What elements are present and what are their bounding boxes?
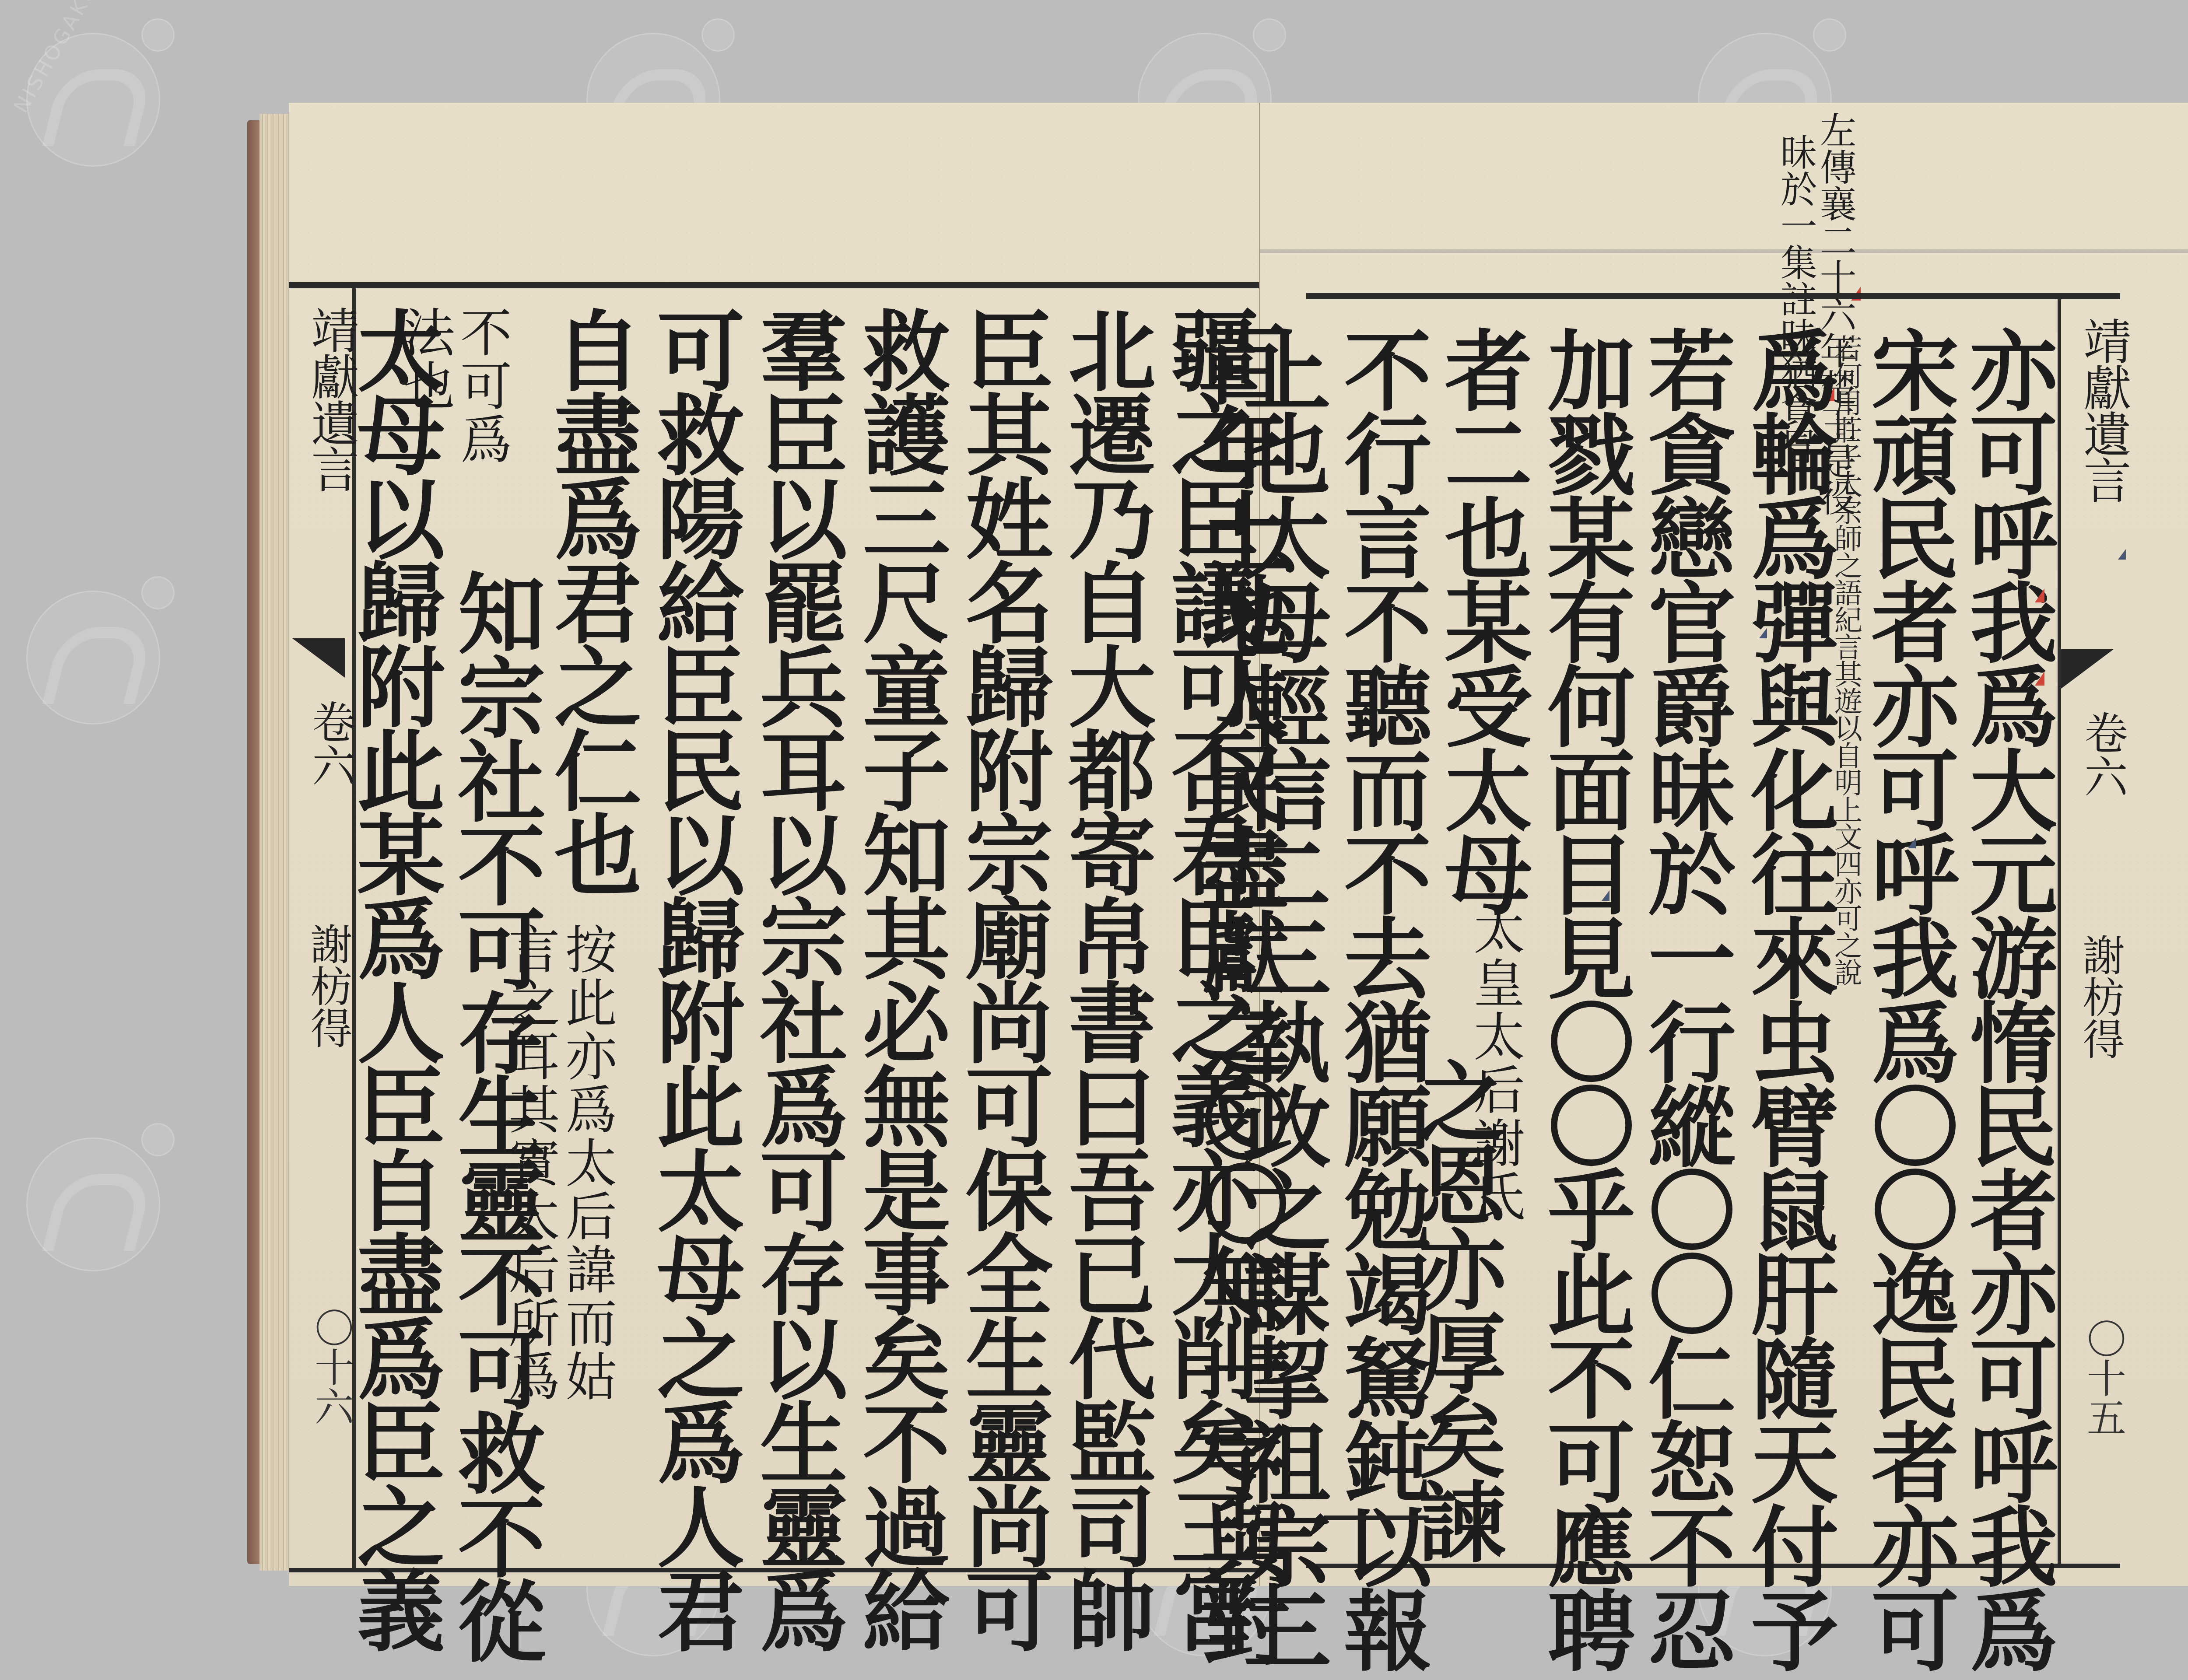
page-margin-label-right: 靖獻遺言 卷六 謝枋得 〇十五 <box>2058 299 2125 1564</box>
watermark-logo <box>26 591 160 724</box>
blue-punctuation-mark <box>1908 838 1916 848</box>
text-column: 之恩亦厚矣諫 <box>1411 1057 1499 1561</box>
blue-punctuation-mark <box>1759 628 1767 638</box>
commentary-column: 按此亦爲太后諱而姑 <box>561 923 613 1403</box>
fish-tail-mark-icon <box>292 638 345 678</box>
text-column: 羣臣以罷兵耳以宗社爲可存以生靈爲 <box>753 306 840 1650</box>
blue-punctuation-mark <box>2118 549 2126 560</box>
text-column: 北遷乃自大都寄帛書曰吾已代監司帥 <box>1061 306 1149 1650</box>
text-column: 太母以歸附此某爲人臣自盡爲臣之義 <box>350 306 438 1650</box>
right-page: 左傳襄二十六年楚王是役 昧於一集註昧猶貪冒 靖獻遺言 卷六 謝枋得 〇十五 亦可… <box>1260 103 2188 1586</box>
left-page: 靖獻遺言 卷六 謝枋得 〇十六 疆之臣議可否君臣之義亦大削矣三宮 北遷乃自大都寄… <box>289 103 1260 1586</box>
blue-punctuation-mark <box>1602 890 1609 901</box>
text-column: 臣其姓名歸附宗廟尚可保全生靈尚可 <box>958 306 1046 1650</box>
red-punctuation-mark <box>2035 672 2044 686</box>
fish-tail-mark-icon <box>2061 649 2114 689</box>
show-through-rule <box>1260 249 2188 253</box>
text-frame-left: 靖獻遺言 卷六 謝枋得 〇十六 疆之臣議可否君臣之義亦大削矣三宮 北遷乃自大都寄… <box>289 282 1260 1572</box>
folio-number: 〇十五 <box>2074 1319 2131 1437</box>
watermark-logo <box>26 1137 160 1271</box>
text-column: 若貪戀官爵昧於一行縱〇〇仁恕不忍 <box>1641 325 1729 1669</box>
text-column: 可救陽給臣民以歸附此太母之爲人君 <box>650 306 737 1650</box>
text-column: 百年土地人民盡獻之〇〇無一字與對 <box>1195 319 1282 1663</box>
text-column: 加戮某有何面目見〇〇乎此不可應聘 <box>1540 325 1628 1669</box>
text-column: 救護三尺童子知其必無是事矣不過給 <box>856 306 943 1650</box>
red-punctuation-mark <box>2035 588 2044 602</box>
text-column: 知宗社不可存生靈不可救不從 <box>451 568 538 1660</box>
volume-label: 卷六 <box>2071 710 2134 798</box>
text-column: 爲輪爲彈與化往來虫臂鼠肝隨天付予 <box>1744 325 1831 1669</box>
text-column: 者二也某受太母 <box>1438 325 1525 913</box>
text-column: 宋頑民者亦可呼我爲〇〇逸民者亦可 <box>1864 325 1952 1669</box>
page-stack-left <box>259 114 290 1571</box>
text-column: 亦可呼我爲大元游惰民者亦可呼我爲 <box>1963 325 2050 1669</box>
text-column: 自盡爲君之仁也 <box>547 306 635 894</box>
section-author: 謝枋得 <box>2071 934 2131 1060</box>
book-title: 靖獻遺言 <box>2069 317 2138 502</box>
book-cover-left-edge <box>247 120 260 1564</box>
open-book: 靖獻遺言 卷六 謝枋得 〇十六 疆之臣議可否君臣之義亦大削矣三宮 北遷乃自大都寄… <box>247 103 2188 1588</box>
commentary-column: 不可爲 <box>456 306 508 466</box>
